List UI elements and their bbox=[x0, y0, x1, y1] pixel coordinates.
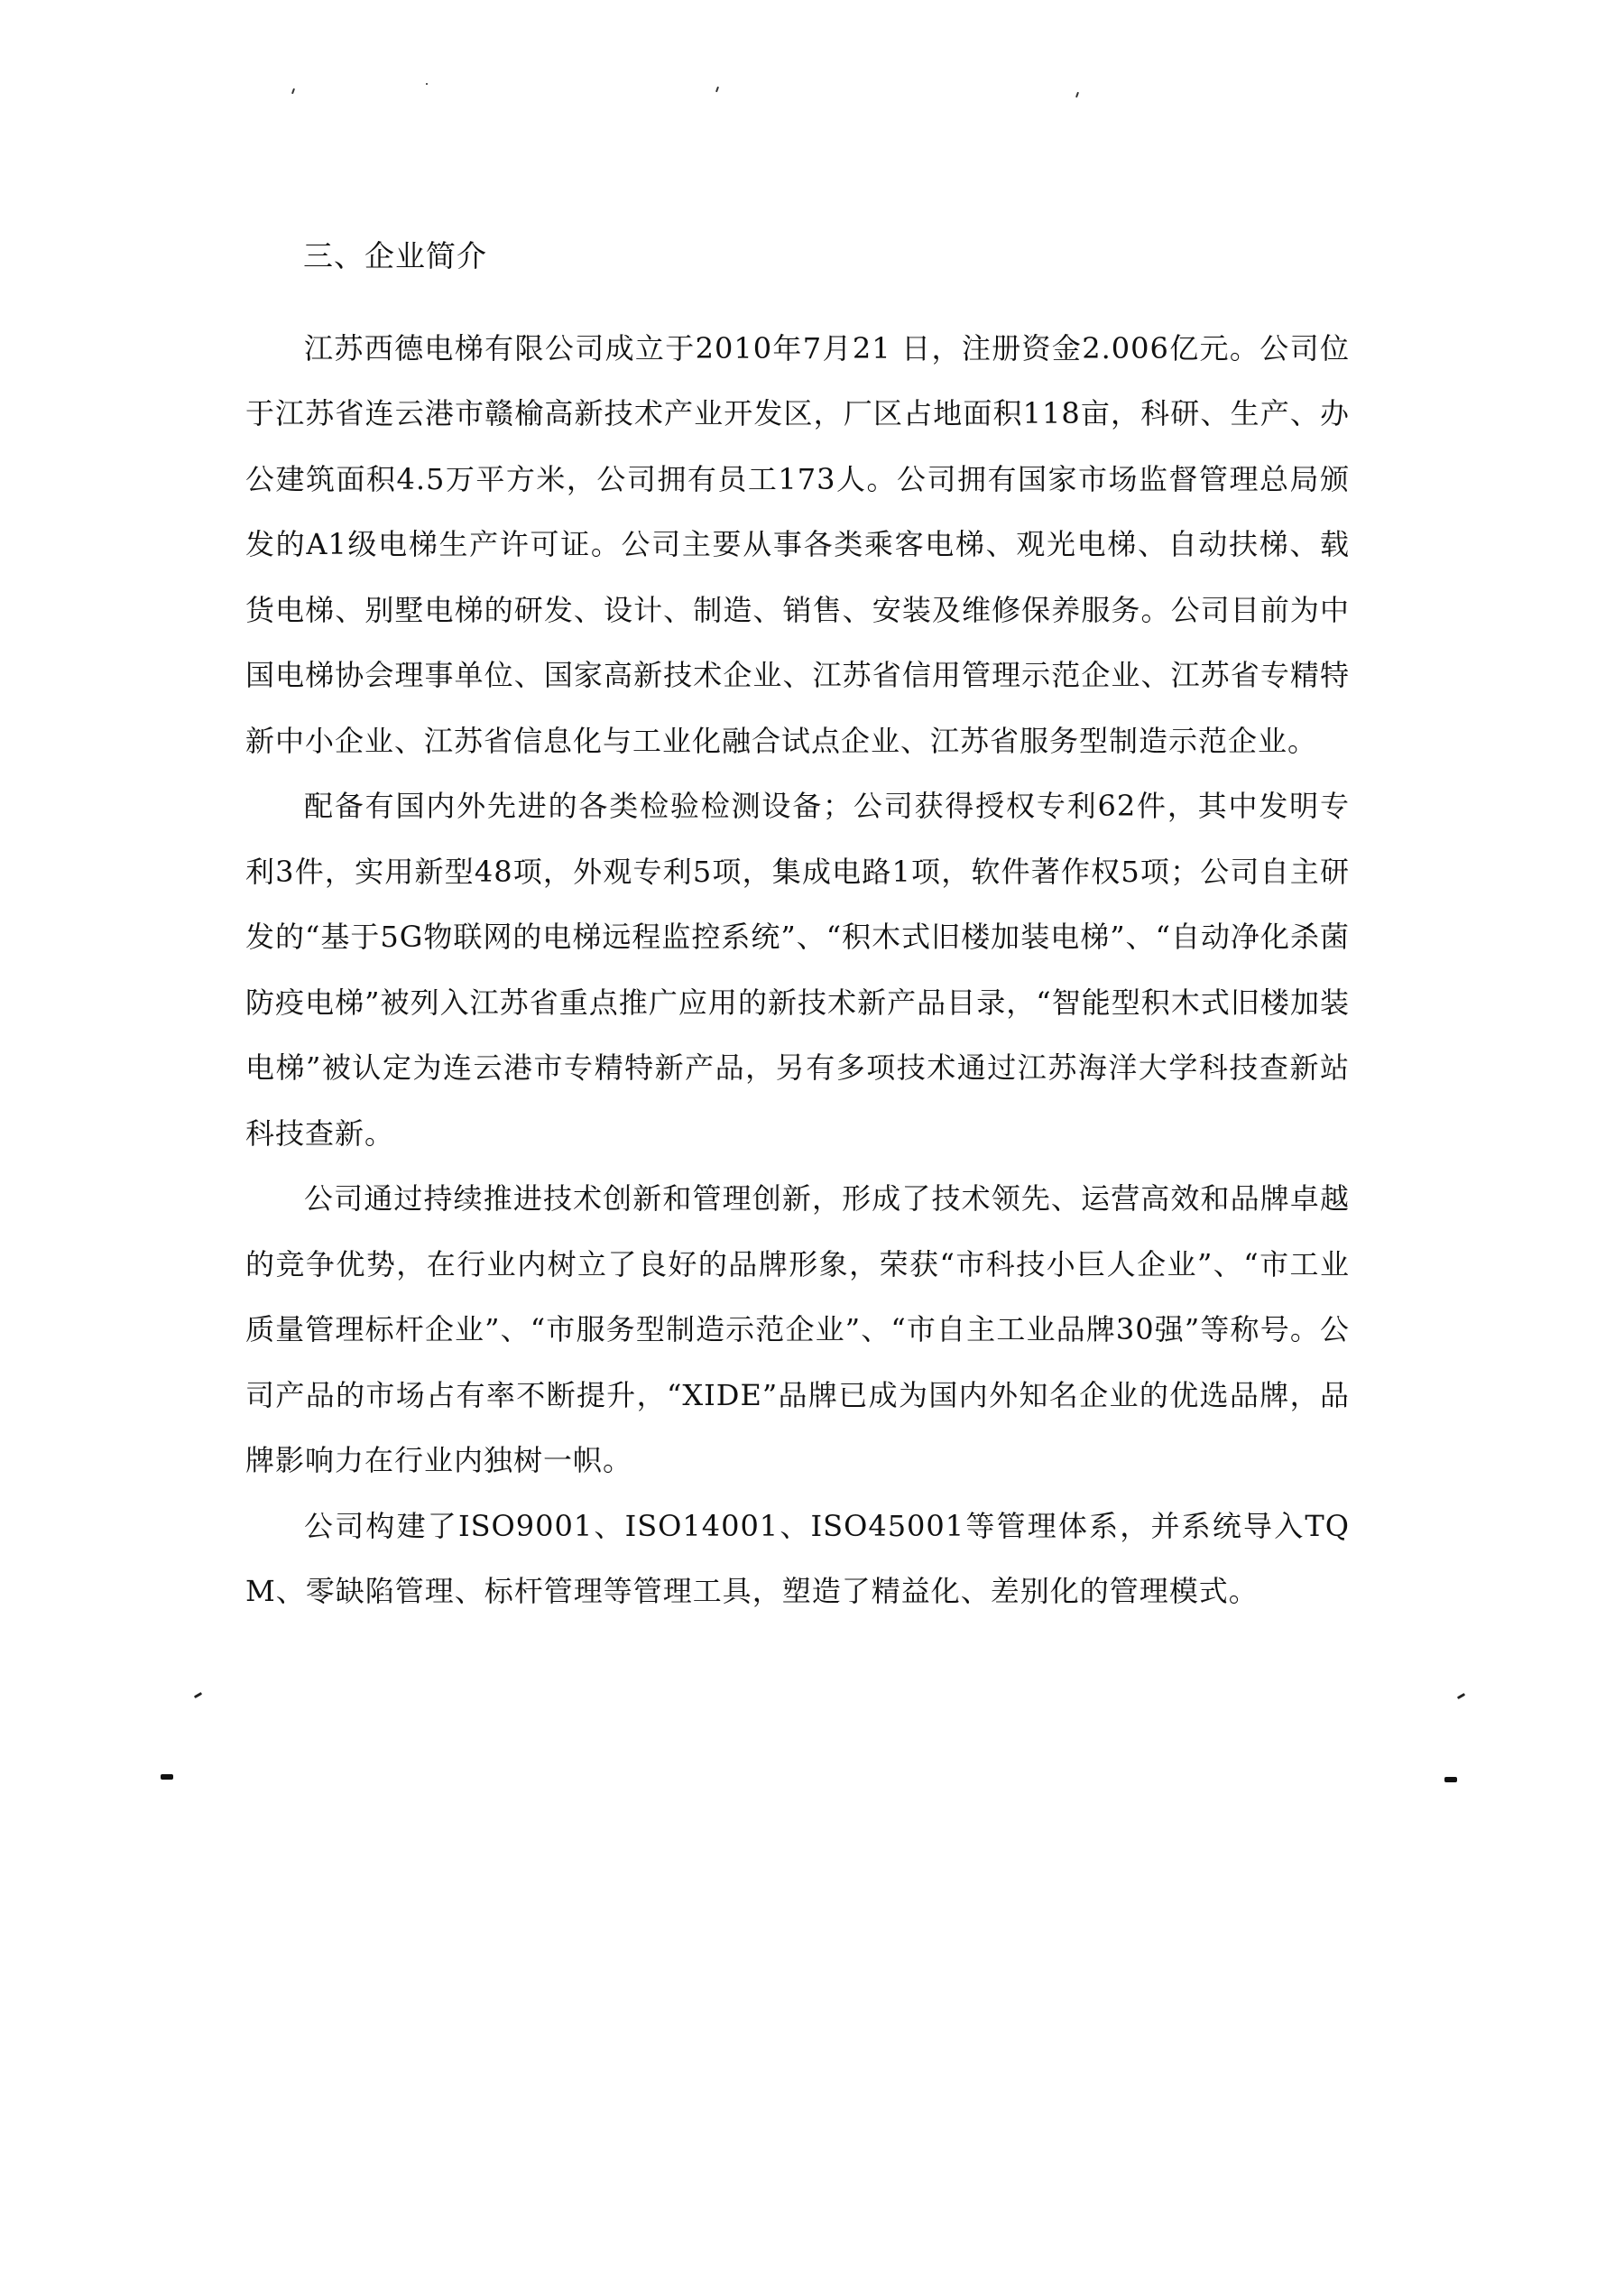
scan-speck bbox=[715, 87, 719, 92]
scan-mark bbox=[1444, 1777, 1457, 1782]
scan-speck bbox=[194, 1692, 202, 1698]
paragraph-company-overview: 江苏西德电梯有限公司成立于2010年7月21 日，注册资金2.006亿元。公司位… bbox=[245, 316, 1350, 774]
scan-speck bbox=[426, 83, 428, 85]
scan-speck bbox=[1075, 92, 1079, 97]
paragraph-patents-technology: 配备有国内外先进的各类检验检测设备；公司获得授权专利62件，其中发明专利3件，实… bbox=[245, 773, 1350, 1166]
scan-speck bbox=[291, 88, 295, 94]
scanned-page: 三、企业简介 江苏西德电梯有限公司成立于2010年7月21 日，注册资金2.00… bbox=[0, 0, 1624, 2294]
section-heading: 三、企业简介 bbox=[245, 224, 1350, 290]
paragraph-management-systems: 公司构建了ISO9001、ISO14001、ISO45001等管理体系，并系统导… bbox=[245, 1494, 1350, 1624]
paragraph-brand-honors: 公司通过持续推进技术创新和管理创新，形成了技术领先、运营高效和品牌卓越的竞争优势… bbox=[245, 1166, 1350, 1494]
scan-mark bbox=[161, 1774, 173, 1780]
document-body: 三、企业简介 江苏西德电梯有限公司成立于2010年7月21 日，注册资金2.00… bbox=[245, 224, 1350, 1624]
scan-speck bbox=[1457, 1693, 1465, 1699]
